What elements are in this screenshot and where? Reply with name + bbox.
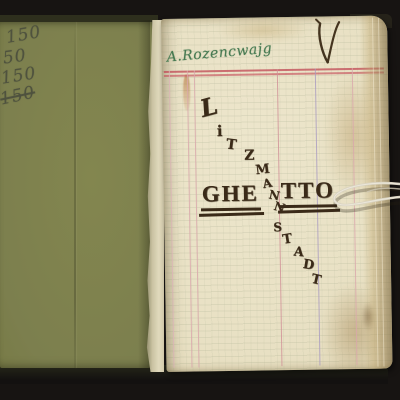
diagonal-letter: S xyxy=(273,221,282,233)
endpaper-crease xyxy=(74,22,76,368)
diagonal-letter: D xyxy=(302,258,315,273)
diagonal-letter: Z xyxy=(244,149,254,163)
pencil-number: 150 xyxy=(5,22,43,48)
diagonal-letter: A xyxy=(293,245,304,259)
tie-string xyxy=(325,168,400,223)
diagonal-letter: i xyxy=(217,124,223,139)
archival-photo: 15050150150 A.Rozencwajg LiTZMANNSTADT G… xyxy=(0,0,400,400)
left-endpaper: 15050150150 xyxy=(0,22,152,368)
ink-check-mark xyxy=(313,16,350,71)
diagonal-letter: T xyxy=(282,232,294,246)
ghetto-word-left: GHE xyxy=(201,181,262,211)
diagonal-letter: T xyxy=(225,137,237,152)
